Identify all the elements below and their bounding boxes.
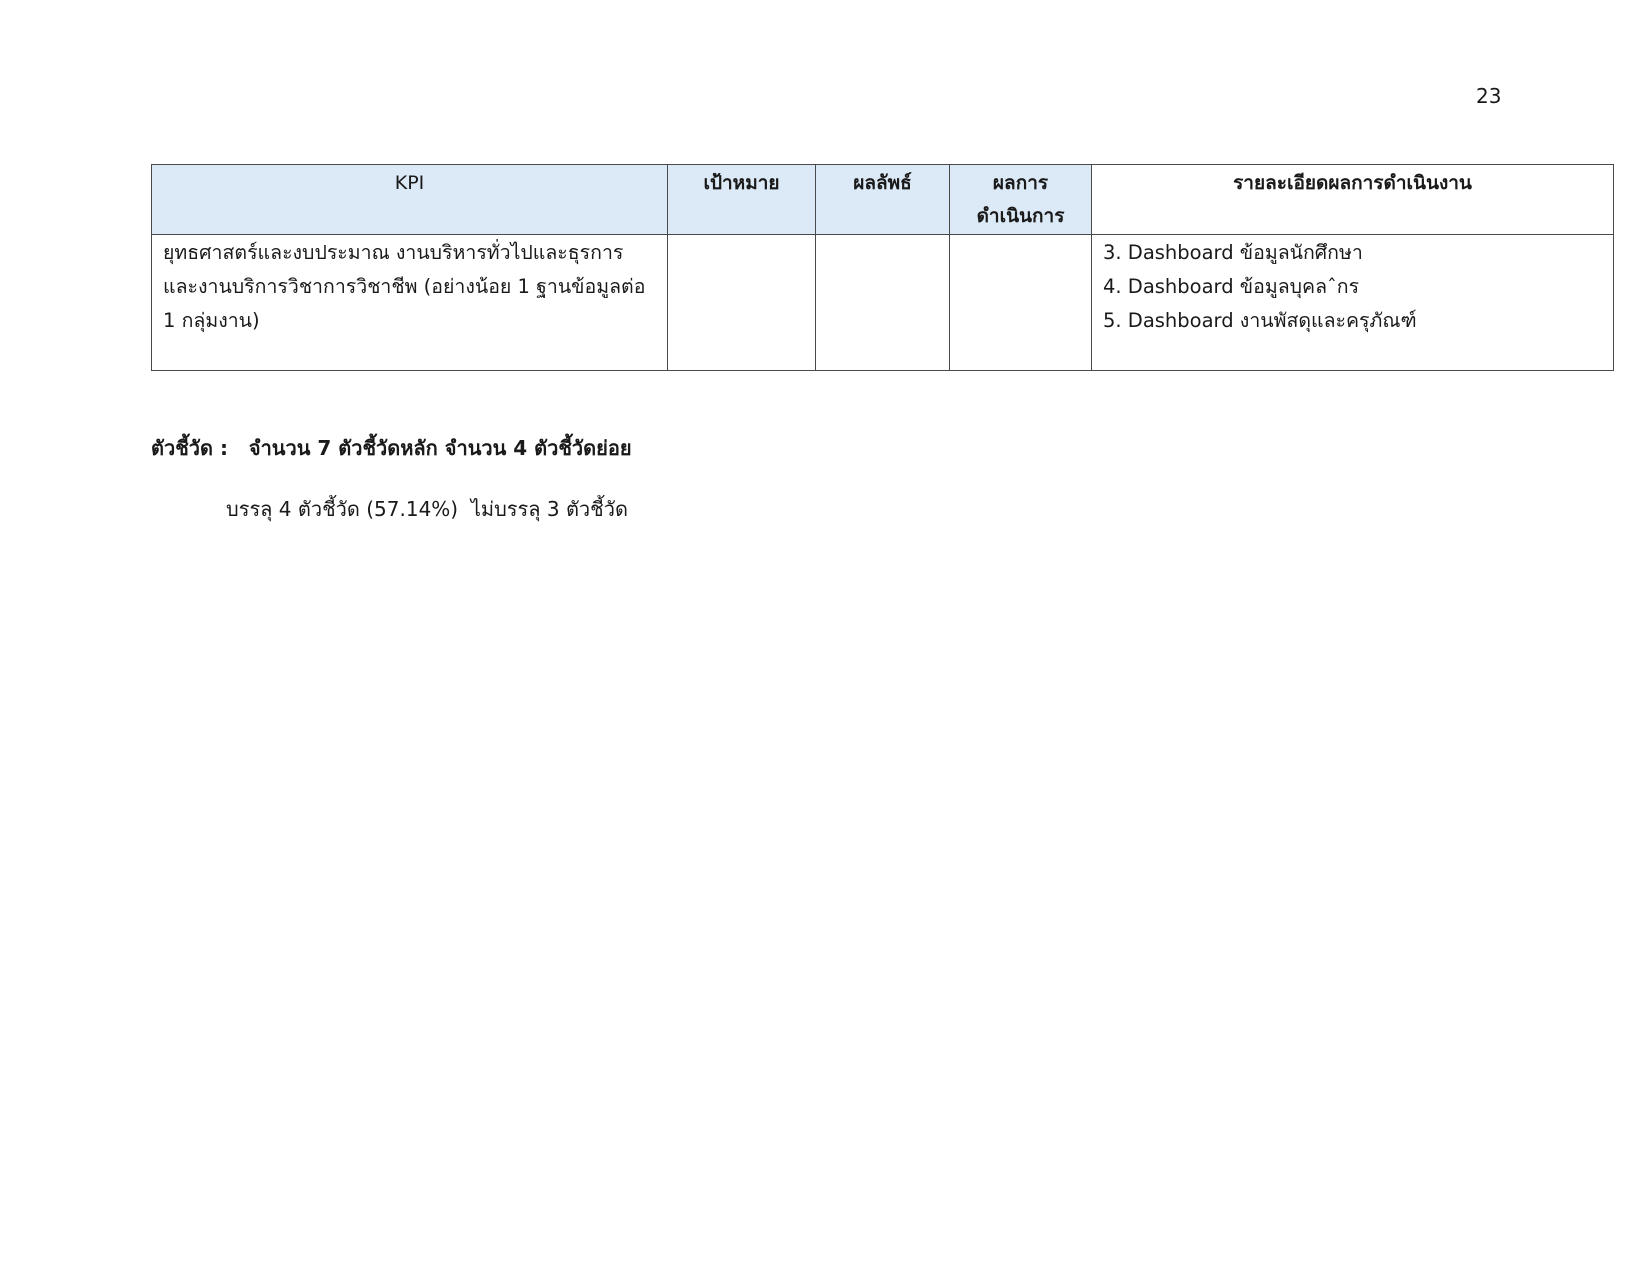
result-cell — [950, 235, 1092, 371]
indicator-summary-title: ตัวชี้วัด : จำนวน 7 ตัวชี้วัดหลัก จำนวน … — [151, 433, 632, 463]
header-result: ผลการ ดำเนินการ — [950, 165, 1092, 235]
target-cell — [668, 235, 816, 371]
detail-item: 3. Dashboard ข้อมูลนักศึกษา — [1103, 236, 1603, 270]
details-cell: 3. Dashboard ข้อมูลนักศึกษา 4. Dashboard… — [1092, 235, 1614, 371]
indicator-summary-result: บรรลุ 4 ตัวชี้วัด (57.14%) ไม่บรรลุ 3 ตั… — [226, 494, 628, 524]
kpi-cell: ยุทธศาสตร์และงบประมาณ งานบริหารทั่วไปและ… — [152, 235, 668, 371]
page-number: 23 — [1476, 84, 1501, 108]
output-cell — [816, 235, 950, 371]
kpi-table: KPI เป้าหมาย ผลลัพธ์ ผลการ ดำเนินการ ราย… — [151, 164, 1614, 371]
header-result-line2: ดำเนินการ — [950, 200, 1091, 233]
detail-item: 5. Dashboard งานพัสดุและครุภัณฑ์ — [1103, 304, 1603, 338]
header-target: เป้าหมาย — [668, 165, 816, 235]
header-kpi: KPI — [152, 165, 668, 235]
header-result-line1: ผลการ — [950, 167, 1091, 200]
table-header-row: KPI เป้าหมาย ผลลัพธ์ ผลการ ดำเนินการ ราย… — [152, 165, 1614, 235]
header-details: รายละเอียดผลการดำเนินงาน — [1092, 165, 1614, 235]
table-row: ยุทธศาสตร์และงบประมาณ งานบริหารทั่วไปและ… — [152, 235, 1614, 371]
header-output: ผลลัพธ์ — [816, 165, 950, 235]
detail-item: 4. Dashboard ข้อมูลบุคลˆกร — [1103, 270, 1603, 304]
